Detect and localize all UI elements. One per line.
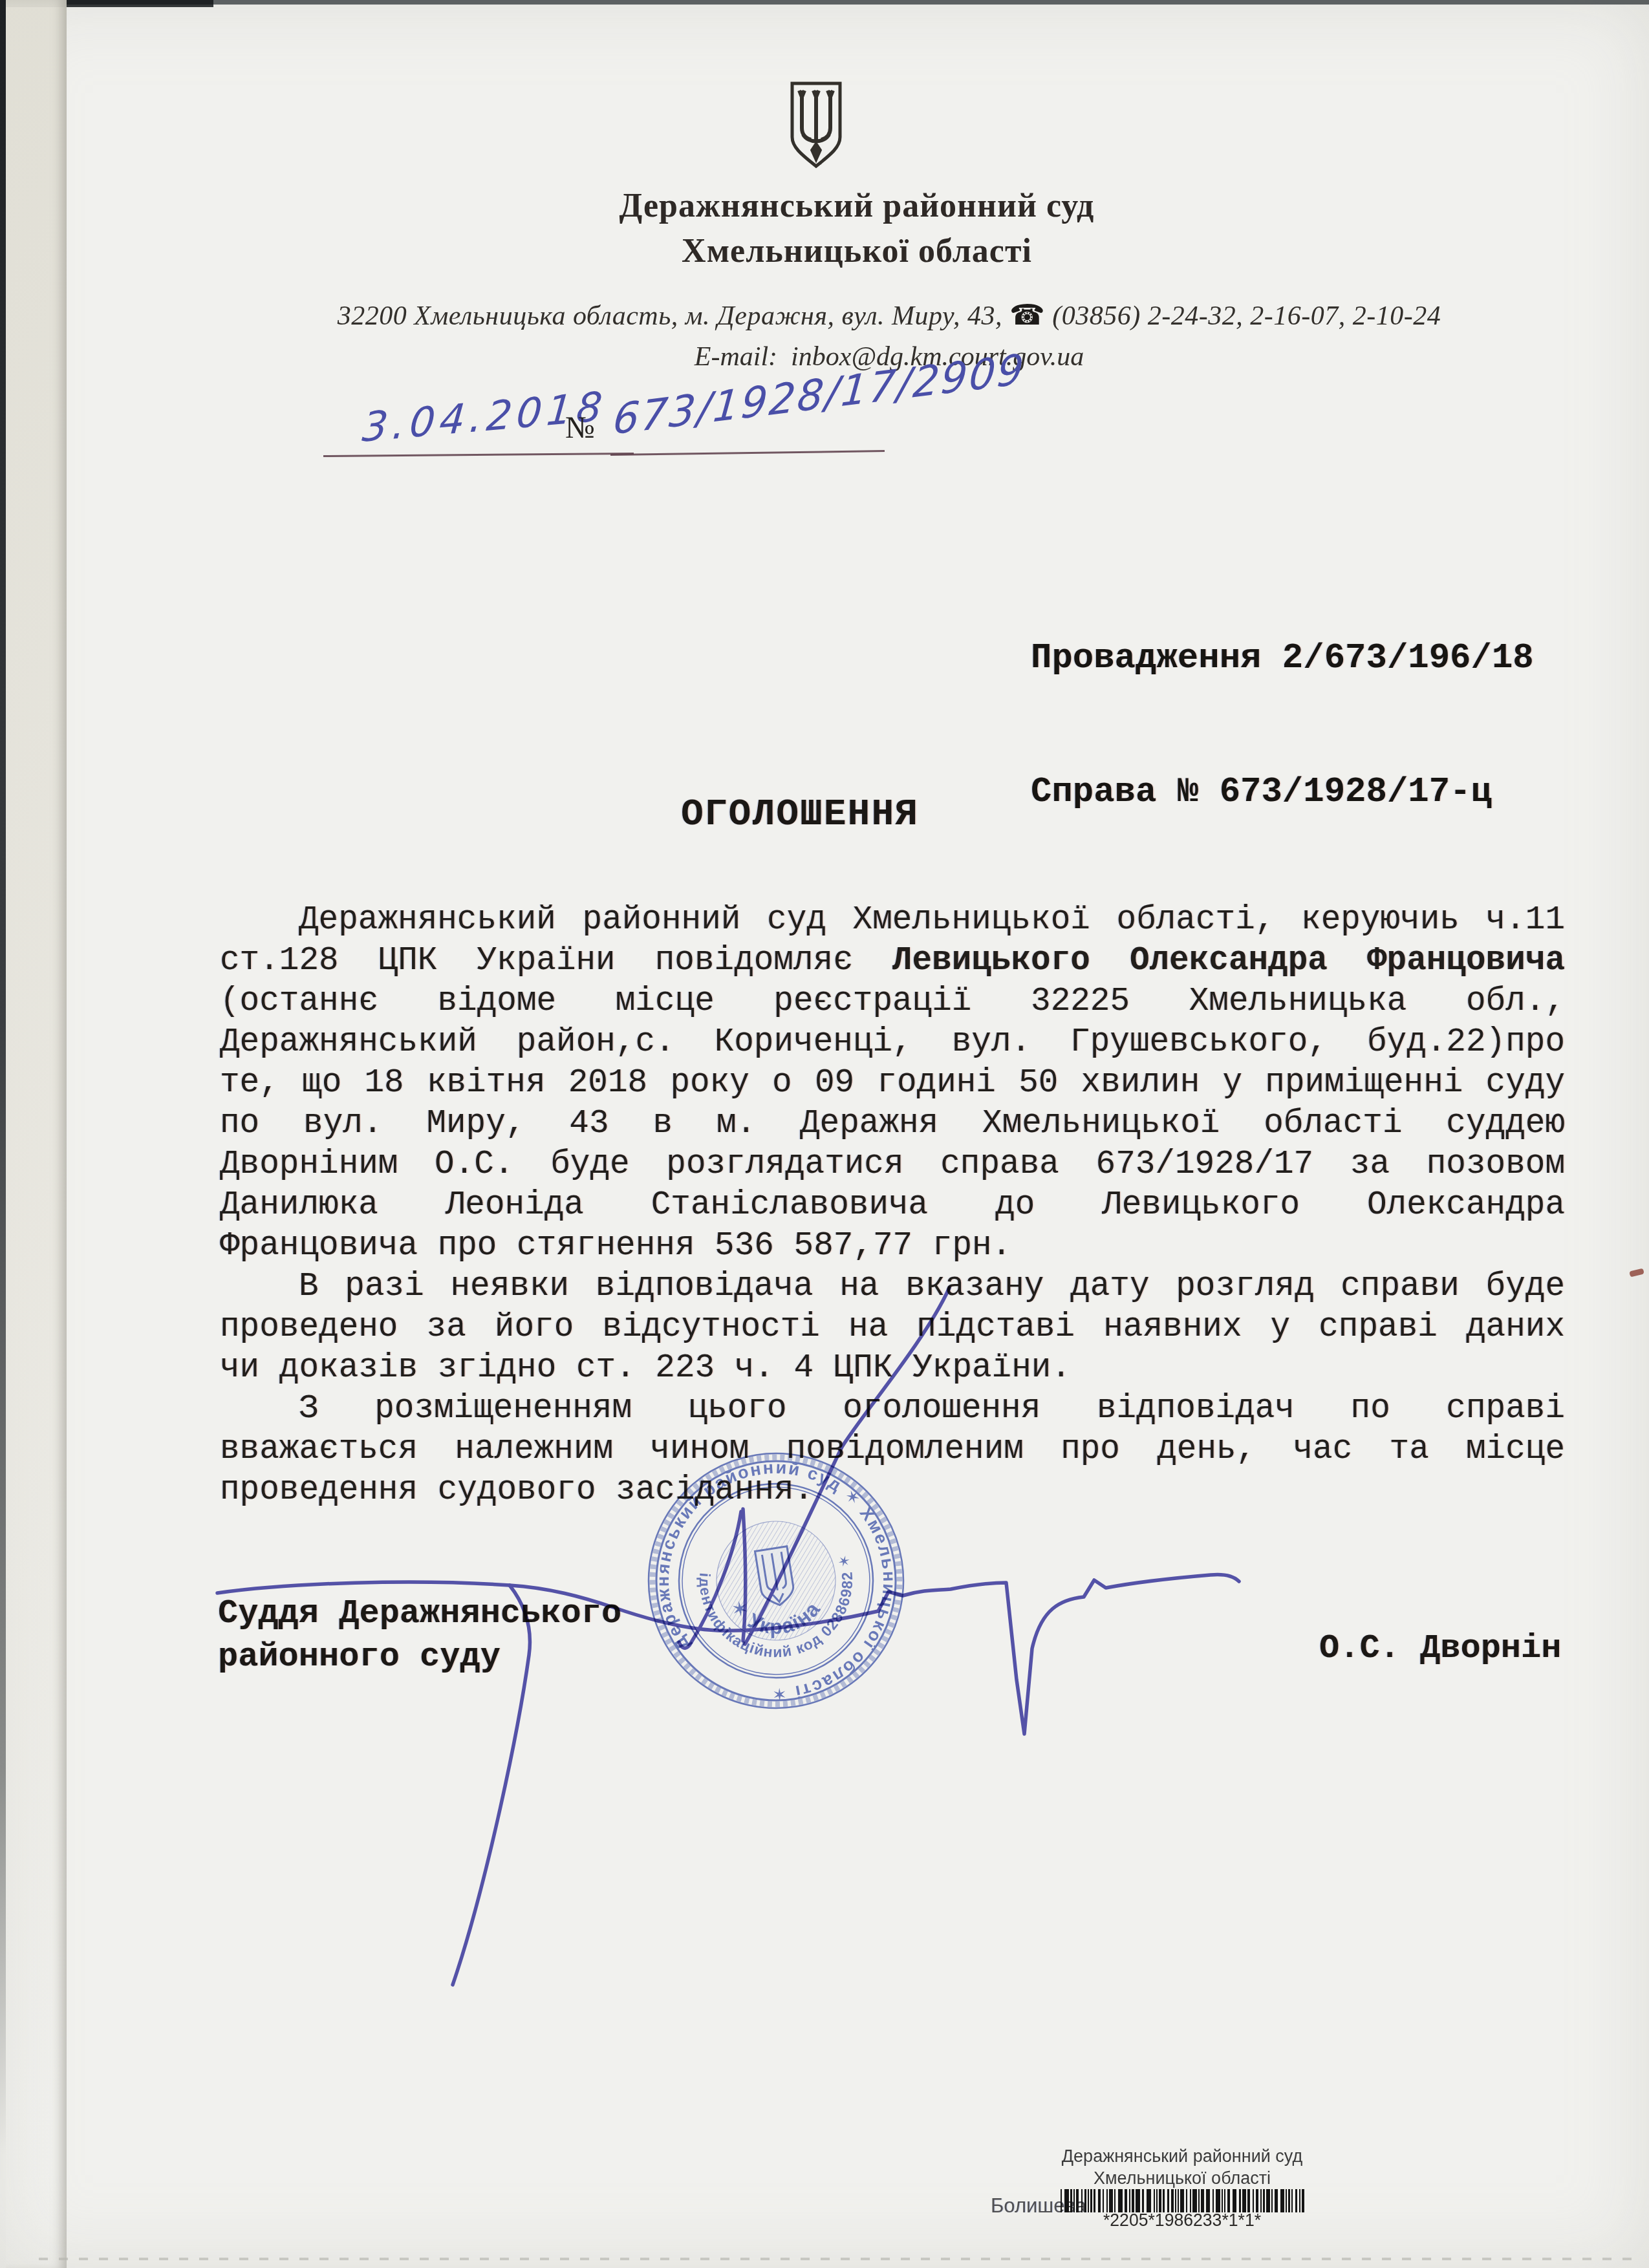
footer-court-name: Деражнянський районний суд Хмельницької … — [1058, 2145, 1306, 2189]
judge-signature — [0, 0, 1649, 2268]
barcode-number: *2205*1986233*1*1* — [1064, 2210, 1300, 2231]
footer-court-line1: Деражнянський районний суд — [1058, 2145, 1306, 2167]
scanned-court-document: Деражнянський районний суд Хмельницької … — [0, 0, 1649, 2268]
footer-court-line2: Хмельницької області — [1058, 2167, 1306, 2189]
barcode-bars — [1061, 2189, 1309, 2212]
